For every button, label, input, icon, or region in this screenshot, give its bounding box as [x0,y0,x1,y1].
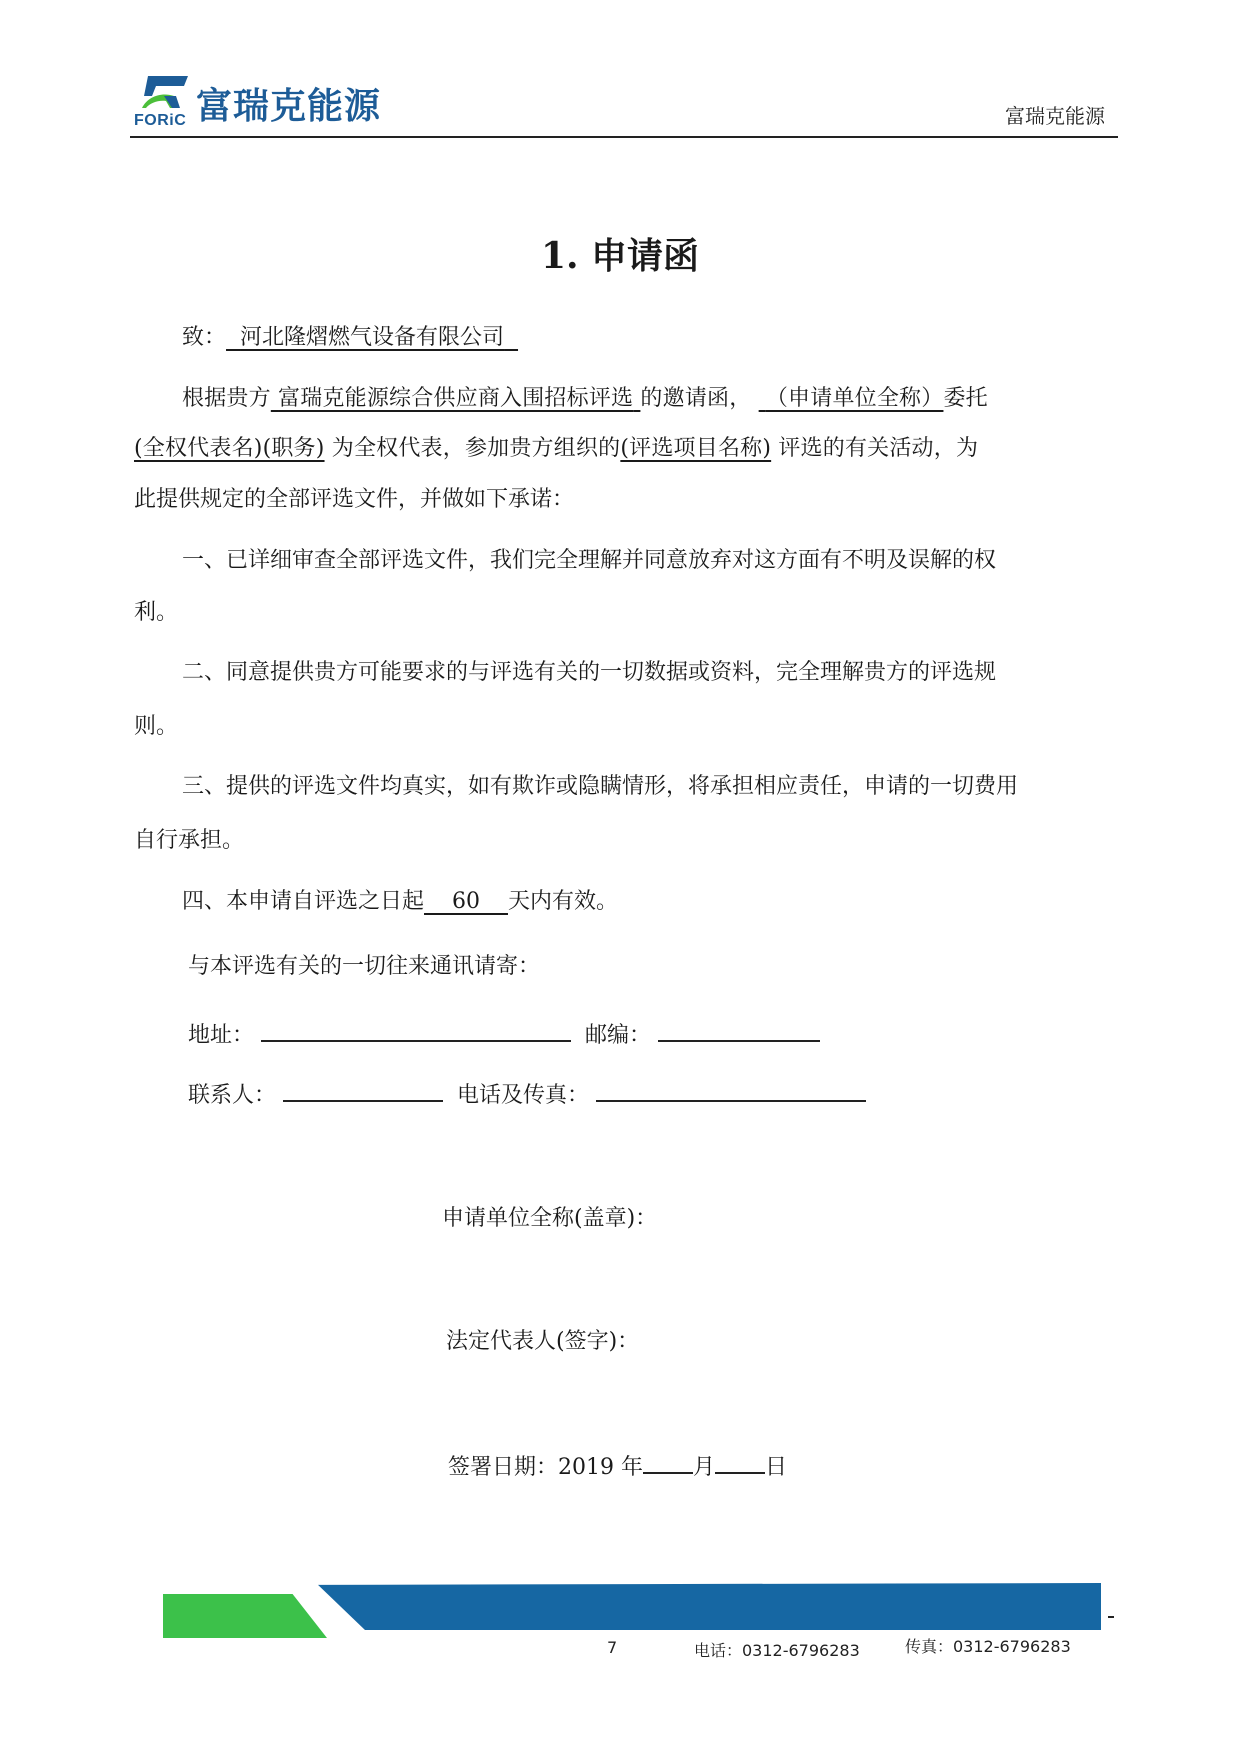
company-logo: FORiC 富瑞克能源 [134,74,394,130]
addressee-name: 河北隆熠燃气设备有限公司 [226,325,518,350]
applicant-name-field: （申请单位全称） [759,386,944,411]
clause-2-line-1: 二、同意提供贵方可能要求的与评选有关的一切数据或资料，完全理解贵方的评选规 [182,658,996,688]
footer-fax: 传真：0312-6796283 [905,1634,1071,1657]
project-name-field: 富瑞克能源综合供应商入围招标评选 [271,386,641,411]
day-unit: 日 [765,1455,787,1480]
clause-3-line-2: 自行承担。 [134,826,244,856]
phone-fax-field[interactable] [596,1078,866,1102]
logo-chinese-text: 富瑞克能源 [196,78,381,129]
intro-text: 的邀请函， [640,386,751,411]
addressee-prefix: 致： [182,325,226,350]
clause-3-line-1: 三、提供的评选文件均真实，如有欺诈或隐瞒情形，将承担相应责任，申请的一切费用 [182,772,1018,802]
logo-latin-text: FORiC [134,112,186,130]
clause-1-line-1: 一、已详细审查全部评选文件，我们完全理解并同意放弃对这方面有不明及误解的权 [182,546,996,576]
contact-person-field[interactable] [283,1078,443,1102]
date-year: 2019 [558,1455,614,1480]
intro-text: 为全权代表，参加贵方组织的 [332,436,621,461]
validity-days: 60 [424,889,508,914]
contact-row: 联系人： 电话及传真： [188,1078,866,1111]
footer-mark [1108,1616,1114,1618]
page-title: 1. 申请函 [0,228,1240,279]
intro-line-1: 根据贵方 富瑞克能源综合供应商入围招标评选 的邀请函， （申请单位全称）委托 [182,384,988,414]
year-unit: 年 [621,1455,643,1480]
address-field[interactable] [261,1018,571,1042]
footer-green-band [163,1594,327,1638]
footer-phone: 电话：0312-6796283 [694,1638,860,1661]
legal-rep-signature-label: 法定代表人(签字)： [446,1327,639,1357]
representative-field: (全权代表名)(职务) [134,436,325,461]
clause-1-line-2: 利。 [134,598,178,628]
clause-2-line-2: 则。 [134,712,178,742]
contact-intro: 与本评选有关的一切往来通讯请寄： [188,952,540,982]
contact-person-label: 联系人： [188,1083,276,1108]
intro-text: 根据贵方 [182,386,271,411]
evaluation-item-field: (评选项目名称) [620,436,771,461]
day-field[interactable] [715,1450,765,1474]
footer-blue-band [318,1583,1101,1630]
intro-text: 委托 [943,386,987,411]
address-label: 地址： [188,1023,254,1048]
addressee: 致： 河北隆熠燃气设备有限公司 [182,323,518,353]
company-seal-label: 申请单位全称(盖章)： [442,1204,657,1234]
header-divider [130,136,1118,138]
date-label: 签署日期： [448,1455,558,1480]
signing-date: 签署日期：2019 年月日 [448,1450,787,1483]
validity-suffix: 天内有效。 [508,889,618,914]
intro-line-2: (全权代表名)(职务) 为全权代表，参加贵方组织的(评选项目名称) 评选的有关活… [134,434,978,464]
postcode-label: 邮编： [585,1023,651,1048]
intro-text: 评选的有关活动，为 [778,436,978,461]
validity-clause: 四、本申请自评选之日起 60 天内有效。 [182,887,618,917]
phone-fax-label: 电话及传真： [457,1083,589,1108]
page-number: 7 [607,1638,617,1657]
month-field[interactable] [643,1450,693,1474]
address-row: 地址： 邮编： [188,1018,820,1051]
postcode-field[interactable] [658,1018,820,1042]
header-company-name: 富瑞克能源 [1005,100,1105,129]
intro-line-3: 此提供规定的全部评选文件，并做如下承诺： [134,485,574,515]
month-unit: 月 [693,1455,715,1480]
validity-prefix: 四、本申请自评选之日起 [182,889,424,914]
